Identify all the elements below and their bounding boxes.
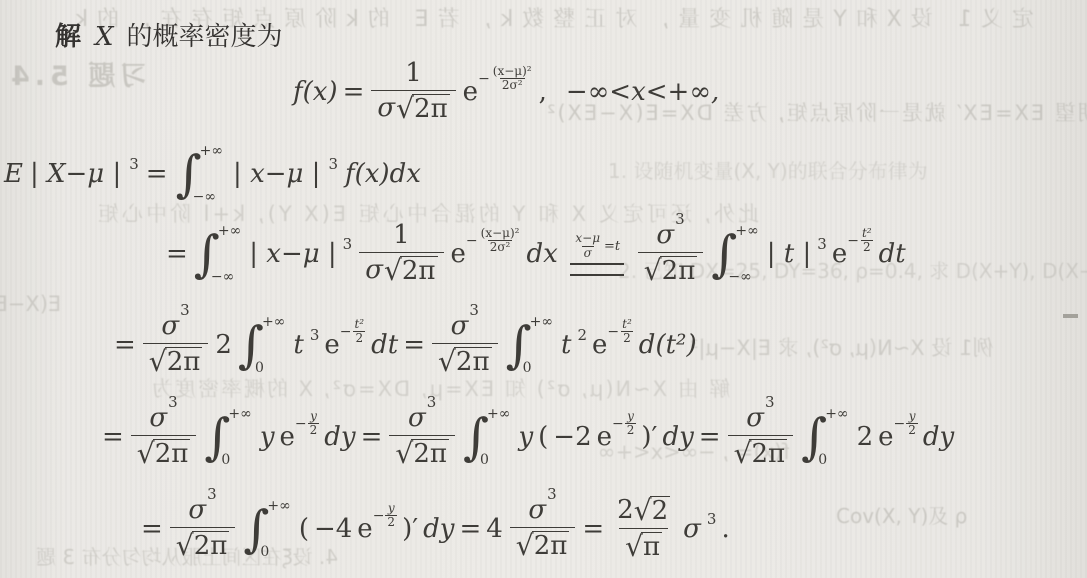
lower-limit: 0: [255, 361, 278, 375]
math-token: −: [466, 233, 478, 249]
equals-sign: =: [166, 239, 188, 269]
math-token: 2: [617, 496, 634, 526]
tiny-fraction: t²2: [620, 318, 634, 346]
math-token: | x−μ |: [233, 159, 320, 189]
exponential: e − (x−μ)² 2σ²: [463, 77, 534, 107]
tiny-fraction: y2: [625, 410, 637, 438]
math-token: 2: [215, 330, 232, 360]
formula-expectation-definition: E | X−μ |3 = ∫ +∞−∞ | x−μ |3 f(x)dx: [4, 130, 421, 218]
math-token: 2π: [165, 347, 203, 378]
radical: √ 2π: [644, 256, 698, 287]
lower-limit: −∞: [193, 190, 216, 204]
tiny-fraction: y2: [906, 410, 918, 438]
tiny-fraction: y2: [385, 502, 397, 530]
math-token: dy: [324, 422, 355, 452]
lower-limit: 0: [480, 453, 503, 467]
lower-limit: 0: [818, 453, 841, 467]
fraction: σ3 √2π: [728, 404, 794, 470]
math-token: E: [4, 159, 23, 189]
equals-sign: =: [361, 422, 383, 452]
math-token: 2π: [660, 256, 698, 287]
upper-limit: +∞: [530, 315, 553, 329]
math-token: σ: [656, 221, 674, 251]
math-token: e: [832, 239, 847, 269]
bleed-text: 1. 设随机变量(X, Y)的联合分布律为: [608, 155, 928, 184]
superscript: 3: [765, 394, 775, 411]
math-token: 2π: [454, 347, 492, 378]
math-token: .: [721, 514, 729, 544]
exponential: e − t² 2: [832, 239, 874, 269]
math-token: f(x): [293, 77, 338, 107]
math-token: 2π: [412, 94, 450, 125]
integral: ∫ +∞0: [506, 315, 555, 375]
bleed-text: E(X−EX): [0, 292, 61, 316]
exponential: e − y2: [280, 422, 320, 452]
fraction: 1 σ √ 2π: [359, 221, 443, 287]
radical: √ 2π: [384, 256, 438, 287]
math-token: σ: [377, 94, 395, 124]
math-token: | t |: [767, 239, 812, 269]
equals-sign: =: [141, 514, 163, 544]
math-token: 1: [387, 221, 416, 252]
math-token: dx: [526, 239, 557, 269]
exponential: e − t²2: [324, 330, 366, 360]
superscript: 3: [180, 302, 190, 319]
math-token: t: [293, 330, 303, 360]
radical: √2π: [734, 439, 788, 470]
math-token: dy: [923, 422, 954, 452]
substitution-equals: x−μ σ =t: [570, 232, 624, 276]
variable-x: X: [95, 22, 114, 52]
integral: ∫ +∞−∞: [176, 144, 225, 204]
superscript: 3: [707, 510, 717, 528]
math-token: −: [340, 324, 352, 340]
upper-limit: +∞: [218, 224, 241, 238]
math-token: (x−μ)²: [491, 65, 534, 78]
math-token: e: [324, 330, 339, 360]
math-token: y: [907, 410, 918, 423]
equals-sign: =: [114, 330, 136, 360]
exponential: e − y2: [357, 514, 397, 544]
fraction: 1 σ √ 2π: [371, 59, 455, 125]
math-token: 2σ²: [488, 240, 513, 254]
math-token: 2π: [153, 439, 191, 470]
fraction: σ3 √2π: [510, 496, 576, 562]
radical: √2π: [149, 347, 203, 378]
equals-sign: =: [403, 330, 425, 360]
radical: √2π: [438, 347, 492, 378]
upper-limit: +∞: [262, 315, 285, 329]
tiny-fraction: y2: [308, 410, 320, 438]
math-token: 2: [621, 331, 633, 345]
formula-step-parts: = σ3 √2π ∫ +∞0 y e − y2 dy = σ3 √2π ∫ +∞…: [102, 393, 954, 481]
double-equals: [570, 263, 624, 276]
math-token: 2: [353, 331, 365, 345]
superscript: 3: [328, 155, 338, 173]
superscript: 2: [577, 326, 587, 344]
radical: √ 2π: [396, 94, 450, 125]
superscript: 3: [168, 394, 178, 411]
math-token: 2: [650, 496, 671, 527]
integral: ∫ +∞0: [238, 315, 287, 375]
lower-limit: 0: [523, 361, 546, 375]
exponent: − t² 2: [847, 227, 873, 255]
radical: √2π: [137, 439, 191, 470]
math-token: −: [607, 324, 619, 340]
math-token: e: [592, 330, 607, 360]
superscript: 3: [675, 211, 685, 228]
math-token: σ: [582, 246, 594, 260]
math-token: 2π: [400, 256, 438, 287]
equals-sign: =: [102, 422, 124, 452]
math-token: dt: [879, 239, 906, 269]
formula-density: f(x) = 1 σ √ 2π e − (x−μ)² 2σ² , −∞<: [293, 48, 719, 136]
superscript: 3: [207, 486, 217, 503]
exponent: − y2: [612, 410, 636, 438]
exponential: e − t²2: [592, 330, 634, 360]
equals-sign: =: [343, 77, 365, 107]
math-token: −: [295, 416, 307, 432]
exponent: − y2: [373, 502, 397, 530]
exponent: − (x−μ)² 2σ²: [466, 227, 522, 255]
lower-limit: 0: [221, 453, 244, 467]
tiny-fraction: t²2: [352, 318, 366, 346]
math-token: σ: [528, 496, 546, 526]
exponential: e − y2: [597, 422, 637, 452]
lower-limit: −∞: [728, 270, 751, 284]
math-token: 2π: [532, 531, 570, 562]
superscript: 3: [310, 326, 320, 344]
math-token: σ: [149, 404, 167, 434]
formula-step-even: = σ3 √2π 2 ∫ +∞0 t3 e − t²2 dt = σ3 √2π …: [114, 301, 697, 389]
math-token: y: [625, 410, 636, 423]
tiny-fraction: t² 2: [860, 227, 874, 255]
math-token: e: [463, 77, 478, 107]
math-token: t: [561, 330, 571, 360]
radical: √2π: [516, 531, 570, 562]
superscript: 3: [427, 394, 437, 411]
math-token: e: [878, 422, 893, 452]
radical: √2π: [176, 531, 230, 562]
math-token: y: [386, 502, 397, 515]
equals-sign: =: [459, 514, 481, 544]
equals-sign: =: [699, 422, 721, 452]
math-token: dt: [371, 330, 398, 360]
math-token: =t: [604, 239, 620, 254]
exponential: e − y2: [878, 422, 918, 452]
tiny-fraction: (x−μ)² 2σ²: [491, 65, 534, 93]
solve-label: 解: [55, 16, 82, 53]
math-token: −4: [314, 514, 352, 544]
math-token: 2π: [749, 439, 787, 470]
math-token: σ: [365, 256, 383, 286]
fraction: 2 √2 √π: [611, 496, 676, 563]
math-token: | X−μ |: [30, 159, 121, 189]
superscript: 3: [817, 235, 827, 253]
math-token: −: [612, 416, 624, 432]
superscript: 3: [129, 155, 139, 173]
math-token: dy: [662, 422, 693, 452]
math-token: t²: [352, 318, 366, 331]
equals-sign: =: [582, 514, 604, 544]
math-token: −2: [553, 422, 591, 452]
upper-limit: +∞: [487, 407, 510, 421]
exponent: − (x−μ)² 2σ²: [478, 65, 534, 93]
scanned-textbook-page: 定义1 设X和Y是随机变量, 对正整数k, 若E 的k阶原点矩存在, 的k 习题…: [0, 0, 1087, 578]
math-token: 2π: [192, 531, 230, 562]
math-token: 2: [861, 240, 873, 254]
domain-range: −∞<x<+∞,: [566, 77, 719, 107]
math-token: ,: [539, 77, 547, 107]
math-token: σ: [683, 514, 701, 544]
formula-result: = σ3 √2π ∫ +∞0 (−4 e − y2 )′dy = 4 σ3 √2…: [141, 485, 730, 573]
fraction: σ3 √2π: [131, 404, 197, 470]
math-token: σ: [161, 312, 179, 342]
math-token: (: [299, 514, 309, 544]
math-token: 4: [486, 514, 503, 544]
math-token: e: [280, 422, 295, 452]
math-token: 2: [308, 423, 320, 437]
heading-text: 的概率密度为: [127, 16, 283, 53]
integral: ∫ +∞0: [204, 407, 253, 467]
math-token: −: [894, 416, 906, 432]
math-token: 2: [857, 422, 874, 452]
math-token: d(t²): [639, 330, 697, 360]
math-token: y: [518, 422, 533, 452]
math-token: dy: [423, 514, 454, 544]
math-token: 2: [625, 423, 637, 437]
radical: √2: [634, 496, 670, 527]
math-token: −: [373, 508, 385, 524]
solution-heading: 解 X 的概率密度为: [55, 16, 283, 53]
math-token: 1: [399, 59, 428, 90]
math-token: )′: [402, 514, 418, 544]
radical: √π: [625, 532, 662, 563]
math-token: π: [641, 532, 662, 563]
math-token: σ: [451, 312, 469, 342]
math-token: −: [478, 71, 490, 87]
superscript: 3: [469, 302, 479, 319]
equals-sign: =: [146, 159, 168, 189]
fraction: σ3 √2π: [170, 496, 236, 562]
bleed-text: 习题 5.4: [6, 54, 147, 93]
math-token: )′: [641, 422, 657, 452]
math-token: y: [260, 422, 275, 452]
exponential: e − (x−μ)² 2σ²: [451, 239, 522, 269]
integral: ∫ +∞−∞: [711, 224, 760, 284]
upper-limit: +∞: [267, 499, 290, 513]
upper-limit: +∞: [200, 144, 223, 158]
lower-limit: 0: [260, 545, 283, 559]
superscript: 3: [547, 486, 557, 503]
superscript: 3: [343, 235, 353, 253]
scan-artifact: [1063, 314, 1078, 318]
math-token: σ: [188, 496, 206, 526]
lower-limit: −∞: [211, 270, 234, 284]
exponent: − y2: [295, 410, 319, 438]
tiny-fraction: x−μ σ: [573, 232, 602, 260]
integral: ∫ +∞−∞: [194, 224, 243, 284]
math-token: f(x)dx: [345, 159, 421, 189]
math-token: e: [451, 239, 466, 269]
upper-limit: +∞: [228, 407, 251, 421]
fraction: σ3 √2π: [432, 312, 498, 378]
integral: ∫ +∞0: [463, 407, 512, 467]
fraction: σ3 √ 2π: [638, 221, 704, 287]
upper-limit: +∞: [825, 407, 848, 421]
math-token: (x−μ)²: [479, 227, 522, 240]
math-token: 2: [906, 423, 918, 437]
math-token: −: [847, 233, 859, 249]
exponent: − y2: [894, 410, 918, 438]
math-token: x−μ: [573, 232, 602, 245]
exponent: − t²2: [340, 318, 366, 346]
math-token: σ: [746, 404, 764, 434]
math-token: y: [308, 410, 319, 423]
bleed-text: Cov(X, Y)及 ρ: [836, 500, 967, 529]
math-token: | x−μ |: [249, 239, 336, 269]
math-token: e: [597, 422, 612, 452]
integral: ∫ +∞0: [243, 499, 292, 559]
math-token: 2π: [411, 439, 449, 470]
math-token: 2: [385, 515, 397, 529]
math-token: 2σ²: [500, 78, 525, 92]
math-token: t²: [860, 227, 874, 240]
fraction: σ3 √2π: [389, 404, 455, 470]
math-token: (: [538, 422, 548, 452]
fraction: σ3 √2π: [143, 312, 209, 378]
math-token: t²: [620, 318, 634, 331]
integral: ∫ +∞0: [801, 407, 850, 467]
formula-step-substitution: = ∫ +∞−∞ | x−μ |3 1 σ √ 2π e − (x−μ)² 2σ…: [166, 210, 906, 298]
radical: √2π: [395, 439, 449, 470]
bleed-text: 例1 设 X~N(μ, σ²), 求 E|X−μ|³: [690, 332, 993, 362]
upper-limit: +∞: [735, 224, 758, 238]
tiny-fraction: (x−μ)² 2σ²: [479, 227, 522, 255]
exponent: − t²2: [607, 318, 633, 346]
math-token: σ: [408, 404, 426, 434]
math-token: e: [357, 514, 372, 544]
